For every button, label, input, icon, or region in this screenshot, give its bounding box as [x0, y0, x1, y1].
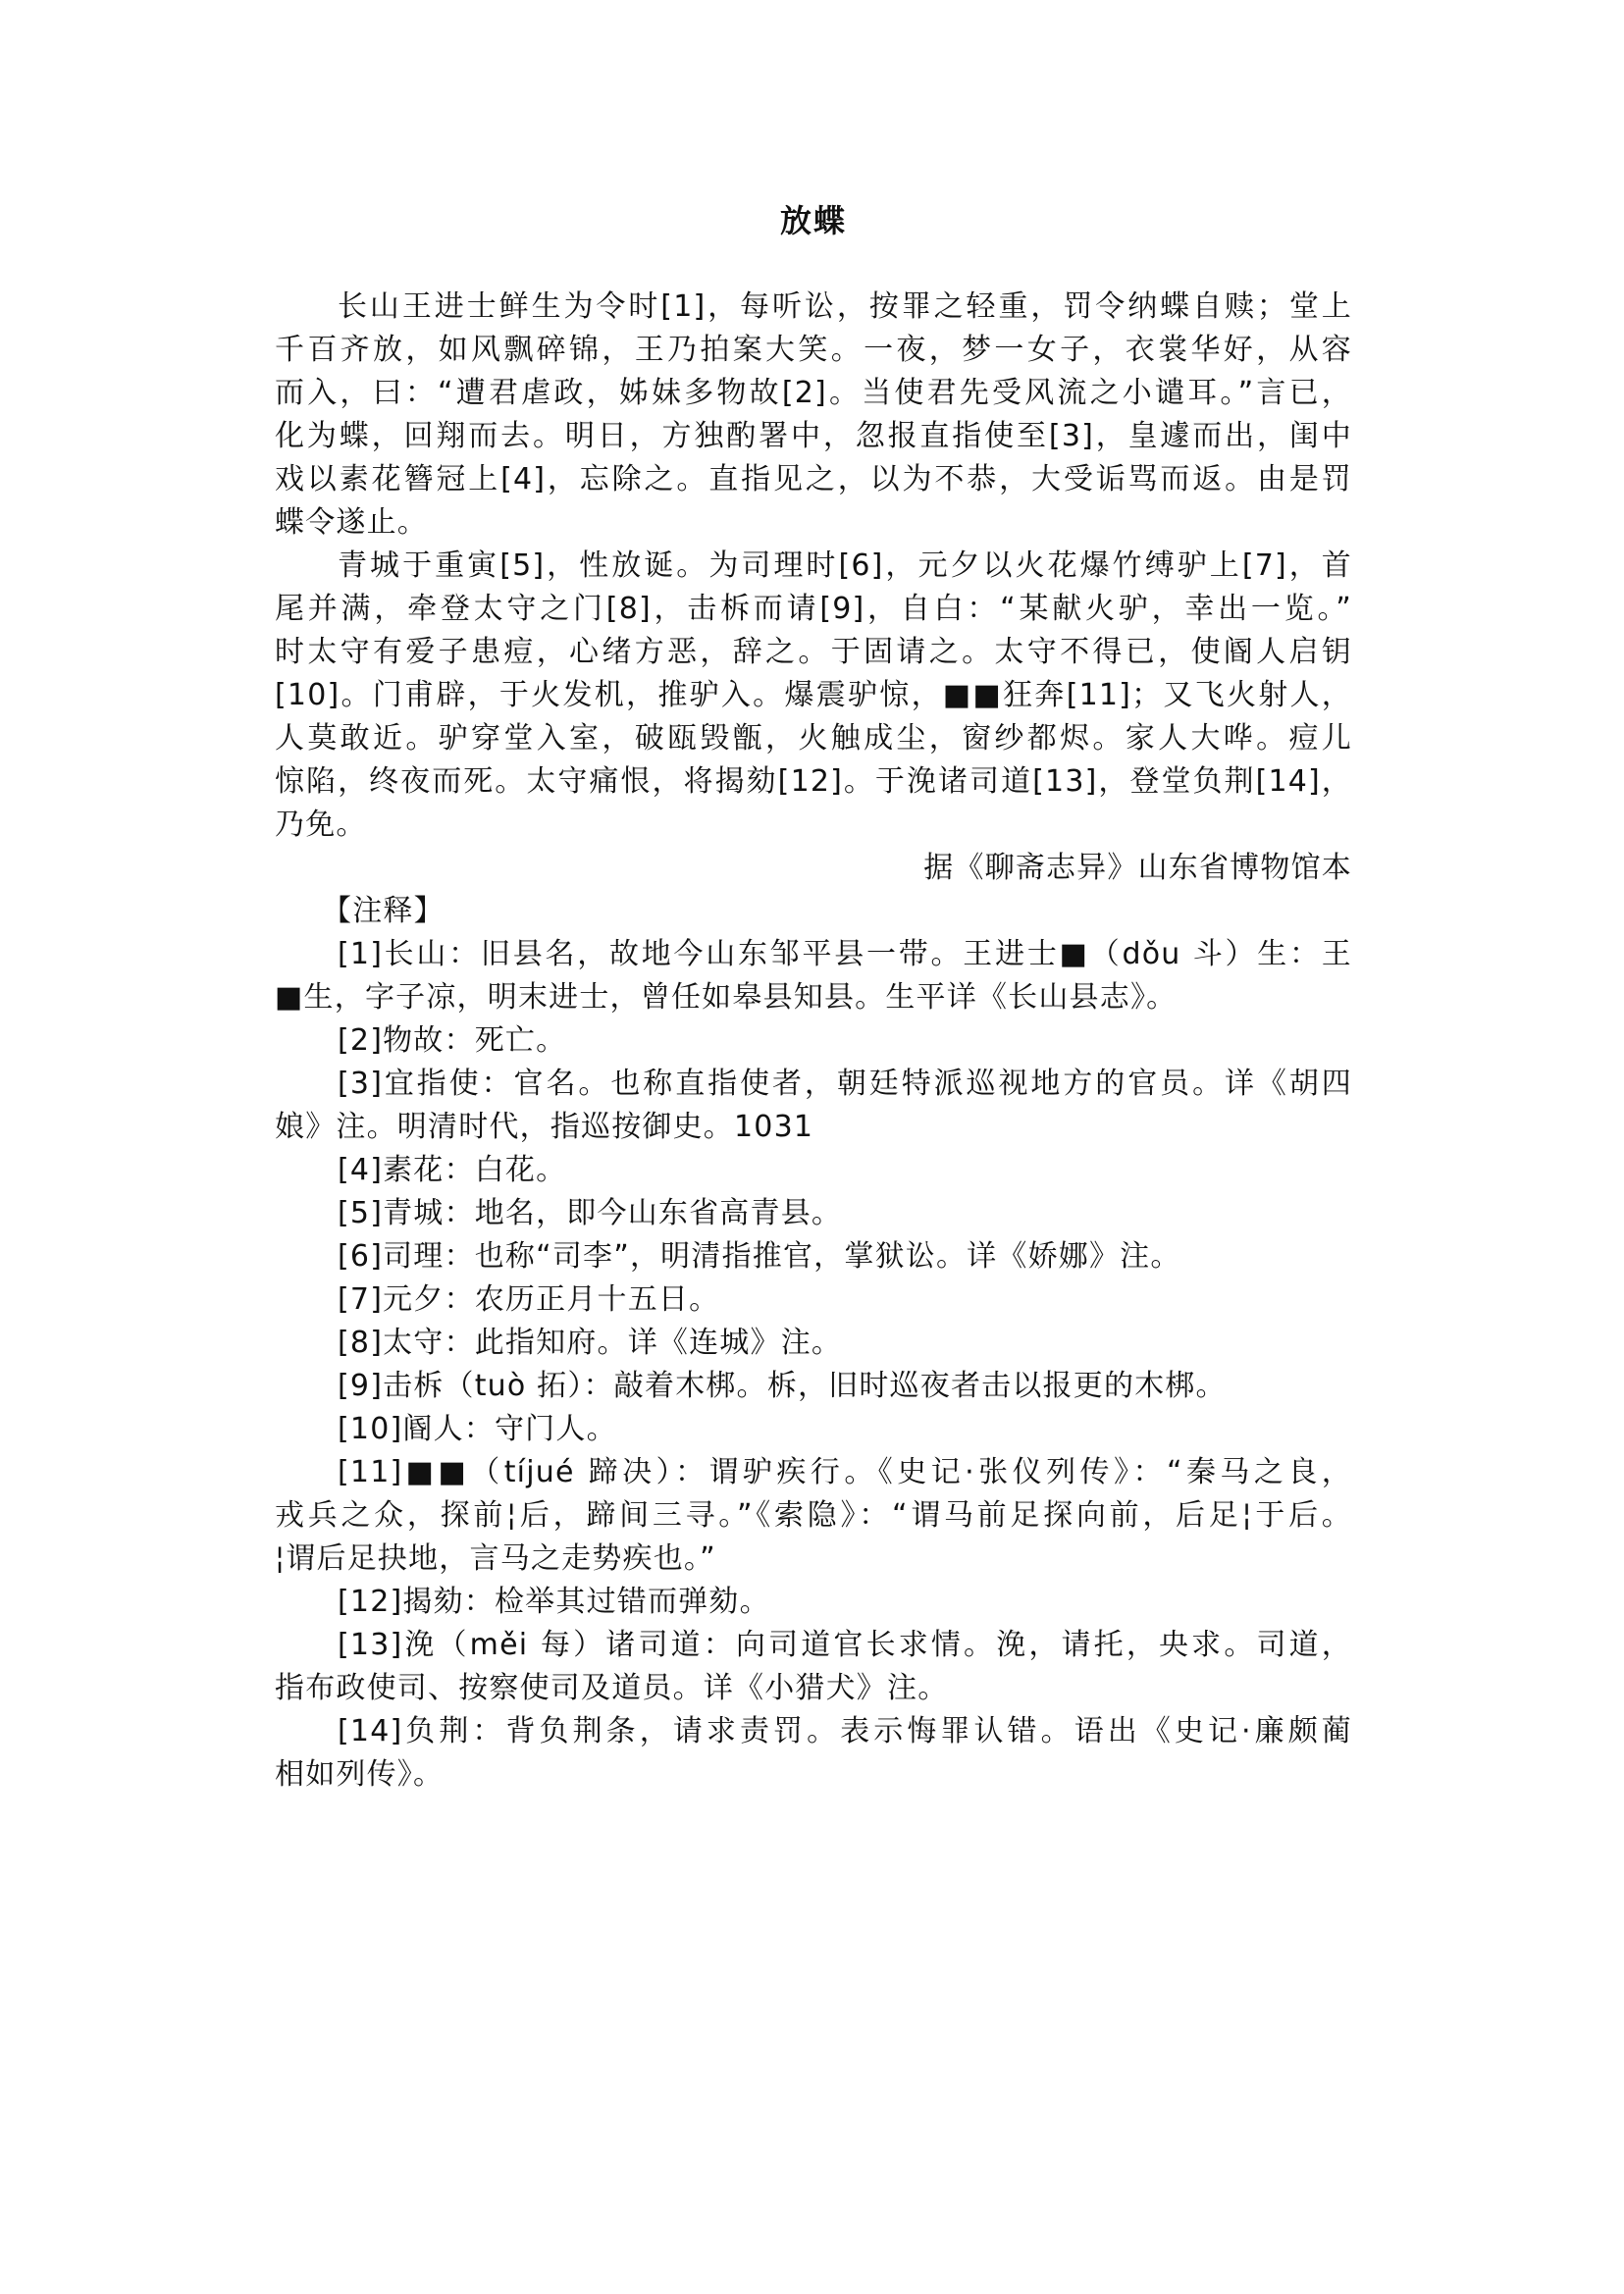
document-body: 长山王进士鲜生为令时[1]，每听讼，按罪之轻重，罚令纳蝶自赎；堂上 千百齐放，如…	[275, 286, 1352, 1797]
note-4: [4]素花：白花。	[275, 1149, 1352, 1192]
note-13-line-2: 指布政使司、按察使司及道员。详《小猎犬》注。	[275, 1667, 1352, 1710]
paragraph-2-line-2: 尾并满，牵登太守之门[8]，击柝而请[9]，自白：“某献火驴，幸出一览。”	[275, 588, 1352, 631]
note-6: [6]司理：也称“司李”，明清指推官，掌狱讼。详《娇娜》注。	[275, 1235, 1352, 1278]
paragraph-1-line-3: 而入，曰：“遭君虐政，姊妹多物故[2]。当使君先受风流之小谴耳。”言已，	[275, 372, 1352, 415]
paragraph-1-line-6: 蝶令遂止。	[275, 501, 1352, 545]
note-11-line-2: 戎兵之众，探前¦后，蹄间三寻。”《索隐》：“谓马前足探向前，后足¦于后。	[275, 1494, 1352, 1538]
note-13-line-1: [13]浼（měi 每）诸司道：向司道官长求情。浼，请托，央求。司道，	[275, 1624, 1352, 1667]
note-1-line-1: [1]长山：旧县名，故地今山东邹平县一带。王进士■（dǒu 斗）生：王	[275, 933, 1352, 976]
paragraph-2-line-6: 惊陷，终夜而死。太守痛恨，将揭劾[12]。于浼诸司道[13]，登堂负荆[14]，	[275, 760, 1352, 804]
paragraph-1-line-1: 长山王进士鲜生为令时[1]，每听讼，按罪之轻重，罚令纳蝶自赎；堂上	[275, 286, 1352, 329]
note-2: [2]物故：死亡。	[275, 1019, 1352, 1063]
note-10: [10]阍人：守门人。	[275, 1408, 1352, 1451]
note-1-line-2: ■生，字子凉，明末进士，曾任如皋县知县。生平详《长山县志》。	[275, 976, 1352, 1019]
paragraph-2-line-1: 青城于重寅[5]，性放诞。为司理时[6]，元夕以火花爆竹缚驴上[7]，首	[275, 545, 1352, 588]
paragraph-2-line-7: 乃免。	[275, 804, 1352, 847]
note-9: [9]击柝（tuò 拓）：敲着木梆。柝，旧时巡夜者击以报更的木梆。	[275, 1365, 1352, 1408]
notes-heading: 【注释】	[275, 890, 1352, 933]
paragraph-1-line-4: 化为蝶，回翔而去。明日，方独酌署中，忽报直指使至[3]，皇遽而出，闺中	[275, 415, 1352, 458]
paragraph-2-line-5: 人莫敢近。驴穿堂入室，破瓯毁甑，火触成尘，窗纱都烬。家人大哗。痘儿	[275, 717, 1352, 760]
paragraph-2-line-4: [10]。门甫辟，于火发机，推驴入。爆震驴惊，■■狂奔[11]；又飞火射人，	[275, 674, 1352, 717]
note-14-line-2: 相如列传》。	[275, 1753, 1352, 1797]
note-5: [5]青城：地名，即今山东省高青县。	[275, 1192, 1352, 1235]
source-attribution: 据《聊斋志异》山东省博物馆本	[275, 847, 1352, 890]
paragraph-1-line-2: 千百齐放，如风飘碎锦，王乃拍案大笑。一夜，梦一女子，衣裳华好，从容	[275, 329, 1352, 372]
note-8: [8]太守：此指知府。详《连城》注。	[275, 1322, 1352, 1365]
paragraph-1-line-5: 戏以素花簪冠上[4]，忘除之。直指见之，以为不恭，大受诟骂而返。由是罚	[275, 458, 1352, 501]
note-14-line-1: [14]负荆：背负荆条，请求责罚。表示悔罪认错。语出《史记·廉颇蔺	[275, 1710, 1352, 1753]
note-7: [7]元夕：农历正月十五日。	[275, 1278, 1352, 1322]
document-title: 放蝶	[275, 199, 1352, 242]
paragraph-2-line-3: 时太守有爱子患痘，心绪方恶，辞之。于固请之。太守不得已，使阍人启钥	[275, 631, 1352, 674]
note-11-line-3: ¦谓后足抉地，言马之走势疾也。”	[275, 1538, 1352, 1581]
note-3-line-2: 娘》注。明清时代，指巡按御史。1031	[275, 1106, 1352, 1149]
note-11-line-1: [11]■■（tíjué 蹄决）：谓驴疾行。《史记·张仪列传》：“秦马之良，	[275, 1451, 1352, 1494]
note-12: [12]揭劾：检举其过错而弹劾。	[275, 1581, 1352, 1624]
note-3-line-1: [3]宜指使：官名。也称直指使者，朝廷特派巡视地方的官员。详《胡四	[275, 1063, 1352, 1106]
